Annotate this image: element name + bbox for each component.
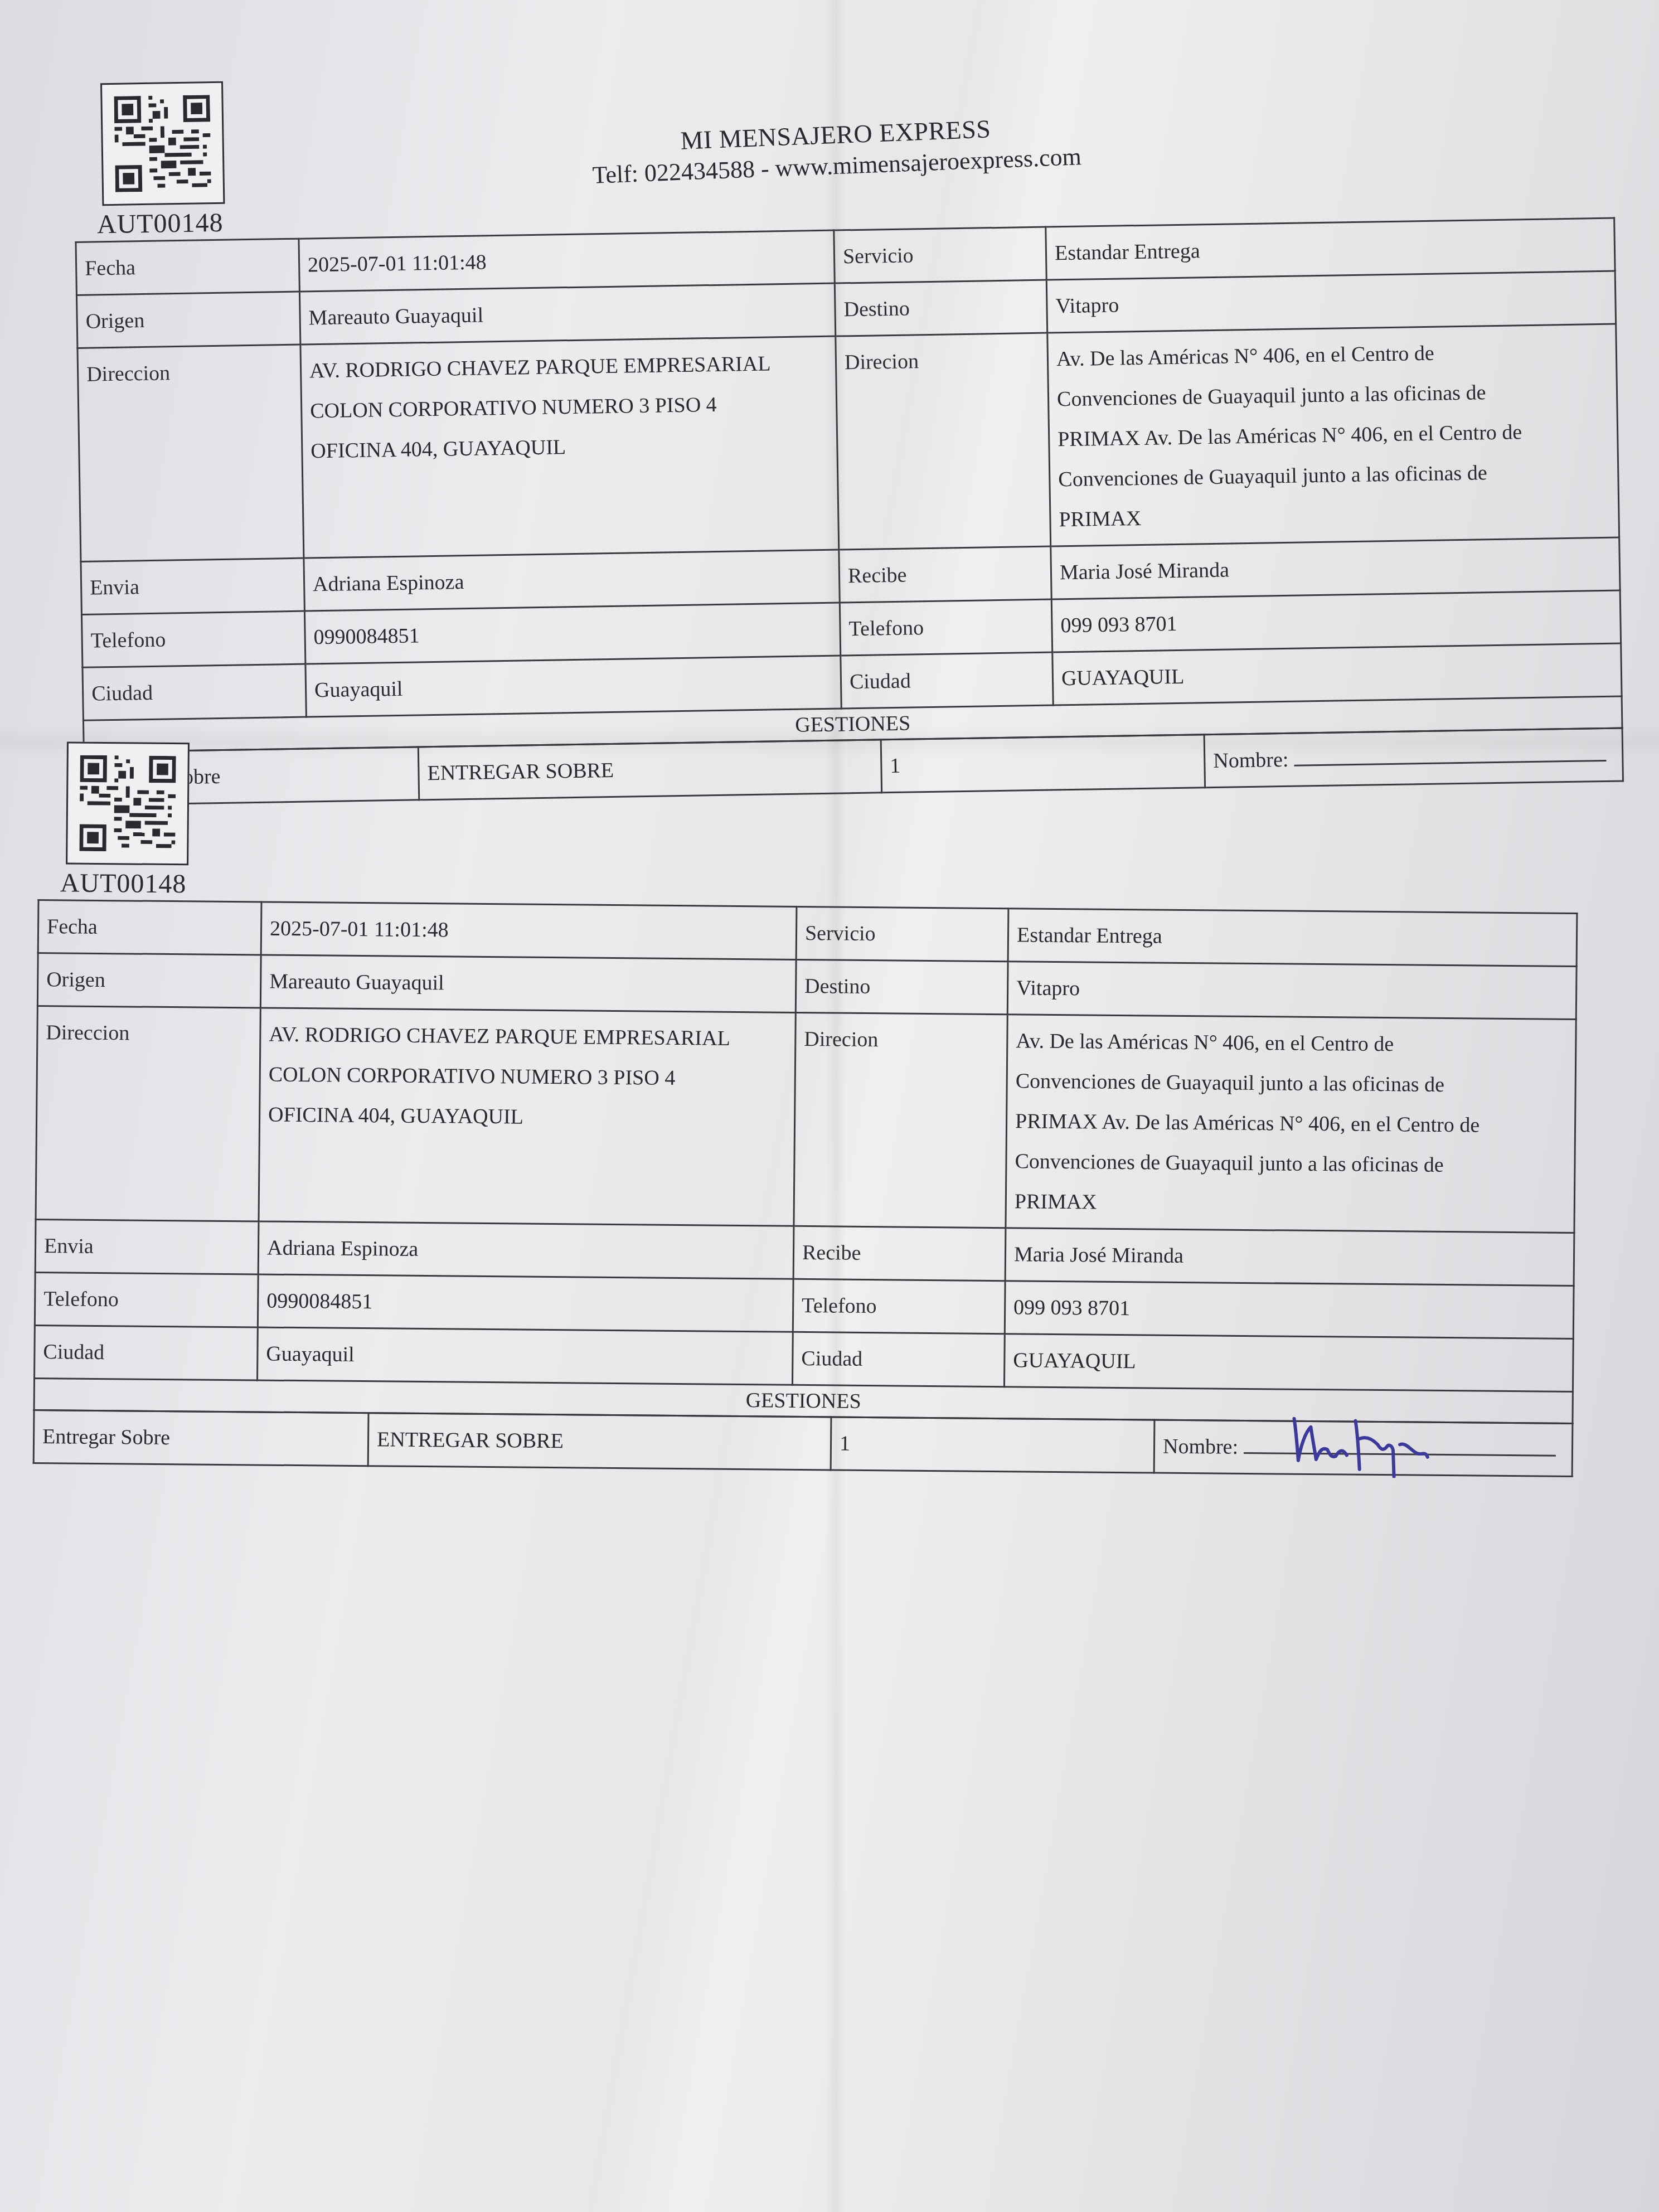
envia-value: Adriana Espinoza [304,550,840,611]
fecha-value: 2025-07-01 11:01:48 [299,230,835,292]
recipient-ciudad-value: GUAYAQUIL [1004,1334,1573,1392]
sender-ciudad-label: Ciudad [35,1325,258,1380]
delivery-slip-2: AUT00148 Fecha 2025-07-01 11:01:48 Servi… [33,741,1579,1477]
qr-code-icon [114,95,211,192]
envia-label: Envia [81,558,304,614]
recibe-label: Recibe [793,1226,1006,1280]
servicio-label: Servicio [796,906,1008,961]
delivery-slip-1: AUT00148 Fecha 2025-07-01 11:01:48 Servi… [72,60,1624,806]
recibe-value: Maria José Miranda [1051,537,1620,599]
destino-value: Vitapro [1046,271,1616,333]
destino-label: Destino [835,280,1047,336]
sender-telefono-label: Telefono [35,1272,258,1327]
recipient-direccion-label: Direcion [836,333,1051,550]
origen-label: Origen [76,292,300,348]
address-line: Convenciones de Guayaquil junto a las of… [1015,1061,1567,1106]
recibe-value: Maria José Miranda [1005,1228,1574,1286]
qr-code [66,741,190,865]
destino-label: Destino [795,959,1008,1014]
recipient-ciudad-value: GUAYAQUIL [1052,643,1622,705]
sender-ciudad-value: Guayaquil [258,1327,793,1385]
sender-telefono-value: 0990084851 [304,603,840,664]
origen-value: Mareauto Guayaquil [260,955,796,1012]
sender-ciudad-value: Guayaquil [305,656,841,717]
sender-direccion-value: AV. RODRIGO CHAVEZ PARQUE EMPRESARIAL CO… [300,336,839,558]
handwritten-signature-icon [1288,1416,1456,1479]
fecha-label: Fecha [38,900,261,955]
qr-code-icon [79,755,176,852]
shipment-form-table: Fecha 2025-07-01 11:01:48 Servicio Estan… [75,217,1623,753]
recipient-telefono-value: 099 093 8701 [1051,590,1621,652]
fecha-label: Fecha [76,239,299,295]
recipient-telefono-label: Telefono [840,599,1052,656]
recipient-ciudad-label: Ciudad [792,1332,1005,1386]
origen-value: Mareauto Guayaquil [299,283,835,345]
address-line: PRIMAX Av. De las Américas N° 406, en el… [1015,1101,1567,1146]
gestion-nombre-cell: Nombre: [1154,1420,1573,1477]
sender-telefono-value: 0990084851 [258,1274,793,1332]
gestion-descripcion: ENTREGAR SOBRE [368,1413,831,1470]
shipment-form-table: Fecha 2025-07-01 11:01:48 Servicio Estan… [33,899,1578,1424]
recipient-direccion-value: Av. De las Américas N° 406, en el Centro… [1047,324,1619,546]
origen-label: Origen [37,953,261,1007]
sender-direccion-label: Direccion [36,1006,260,1221]
gestion-row: Entregar Sobre ENTREGAR SOBRE 1 Nombre: [33,1410,1573,1476]
gestion-cantidad: 1 [831,1417,1154,1473]
address-line: PRIMAX [1015,1181,1566,1226]
recipient-direccion-value: Av. De las Américas N° 406, en el Centro… [1006,1015,1576,1233]
servicio-value: Estandar Entrega [1046,218,1615,280]
servicio-value: Estandar Entrega [1008,909,1577,967]
nombre-label: Nombre: [1163,1435,1238,1459]
sender-telefono-label: Telefono [81,611,305,667]
address-line: COLON CORPORATIVO NUMERO 3 PISO 4 [268,1055,787,1099]
row-direccion: Direccion AV. RODRIGO CHAVEZ PARQUE EMPR… [36,1006,1576,1233]
recipient-telefono-label: Telefono [793,1279,1005,1333]
sender-direccion-value: AV. RODRIGO CHAVEZ PARQUE EMPRESARIAL CO… [259,1008,795,1226]
address-line: AV. RODRIGO CHAVEZ PARQUE EMPRESARIAL [269,1015,787,1059]
envia-value: Adriana Espinoza [258,1221,794,1279]
gestion-tipo: Entregar Sobre [33,1410,368,1466]
address-line: AV. RODRIGO CHAVEZ PARQUE EMPRESARIAL [309,343,828,391]
servicio-label: Servicio [834,227,1046,283]
address-line: Convenciones de Guayaquil junto a las of… [1015,1141,1566,1186]
row-direccion: Direccion AV. RODRIGO CHAVEZ PARQUE EMPR… [77,324,1619,561]
destino-value: Vitapro [1007,962,1576,1020]
address-line: OFICINA 404, GUAYAQUIL [311,423,829,472]
qr-code [100,81,225,206]
address-line: Av. De las Américas N° 406, en el Centro… [1016,1021,1568,1066]
sender-direccion-label: Direccion [77,345,304,561]
recipient-telefono-value: 099 093 8701 [1005,1281,1574,1339]
gestiones-table: Entregar Sobre ENTREGAR SOBRE 1 Nombre: [33,1409,1574,1477]
signature-line[interactable] [1244,1432,1556,1457]
recipient-ciudad-label: Ciudad [841,652,1053,709]
recibe-label: Recibe [839,546,1051,603]
sender-ciudad-label: Ciudad [83,664,306,720]
address-line: OFICINA 404, GUAYAQUIL [268,1095,787,1139]
recipient-direccion-label: Direcion [794,1012,1007,1228]
envia-label: Envia [35,1219,259,1274]
fecha-value: 2025-07-01 11:01:48 [261,902,797,959]
